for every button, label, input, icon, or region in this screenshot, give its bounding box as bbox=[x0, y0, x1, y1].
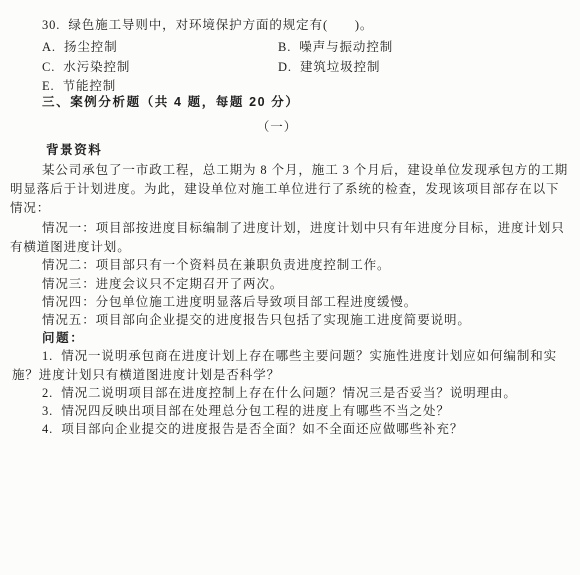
background-line-1: 某公司承包了一市政工程，总工期为 8 个月，施工 3 个月后，建设单位发现承包方… bbox=[42, 163, 568, 178]
background-line-2: 明显落后于计划进度。为此，建设单位对施工单位进行了系统的检查，发现该项目部存在以… bbox=[10, 182, 559, 197]
question-1-line-2: 施？进度计划只有横道图进度计划是否科学？ bbox=[12, 368, 280, 383]
option-d: D. 建筑垃圾控制 bbox=[278, 60, 380, 75]
situation-1-line-1: 情况一：项目部按进度目标编制了进度计划，进度计划中只有年进度分目标，进度计划只 bbox=[42, 221, 565, 236]
question-4: 4. 项目部向企业提交的进度报告是否全面？如不全面还应做哪些补充？ bbox=[42, 422, 463, 437]
background-line-3: 情况： bbox=[10, 201, 50, 216]
situation-5: 情况五：项目部向企业提交的进度报告只包括了实现施工进度简要说明。 bbox=[42, 313, 471, 328]
option-c: C. 水污染控制 bbox=[42, 60, 130, 75]
option-e: E. 节能控制 bbox=[42, 79, 116, 94]
situation-1-line-2: 有横道图进度计划。 bbox=[10, 240, 131, 255]
scanned-exam-page: 30. 绿色施工导则中，对环境保护方面的规定有( )。 A. 扬尘控制 B. 噪… bbox=[0, 0, 580, 575]
section-heading: 三、案例分析题（共 4 题，每题 20 分） bbox=[42, 95, 299, 110]
situation-4: 情况四：分包单位施工进度明显落后导致项目部工程进度缓慢。 bbox=[42, 295, 417, 310]
situation-3: 情况三：进度会议只不定期召开了两次。 bbox=[42, 277, 283, 292]
option-a: A. 扬尘控制 bbox=[42, 40, 118, 55]
background-title: 背景资料 bbox=[46, 143, 102, 158]
question-2: 2. 情况二说明项目部在进度控制上存在什么问题？情况三是否妥当？说明理由。 bbox=[42, 386, 517, 401]
question-3: 3. 情况四反映出项目部在处理总分包工程的进度上有哪些不当之处？ bbox=[42, 404, 450, 419]
question-1-line-1: 1. 情况一说明承包商在进度计划上存在哪些主要问题？实施性进度计划应如何编制和实 bbox=[42, 349, 557, 364]
option-b: B. 噪声与振动控制 bbox=[278, 40, 393, 55]
case-number-label: （一） bbox=[10, 120, 544, 135]
questions-title: 问题： bbox=[42, 331, 84, 346]
situation-2: 情况二：项目部只有一个资料员在兼职负责进度控制工作。 bbox=[42, 258, 390, 273]
question-30-stem: 30. 绿色施工导则中，对环境保护方面的规定有( )。 bbox=[42, 18, 373, 33]
